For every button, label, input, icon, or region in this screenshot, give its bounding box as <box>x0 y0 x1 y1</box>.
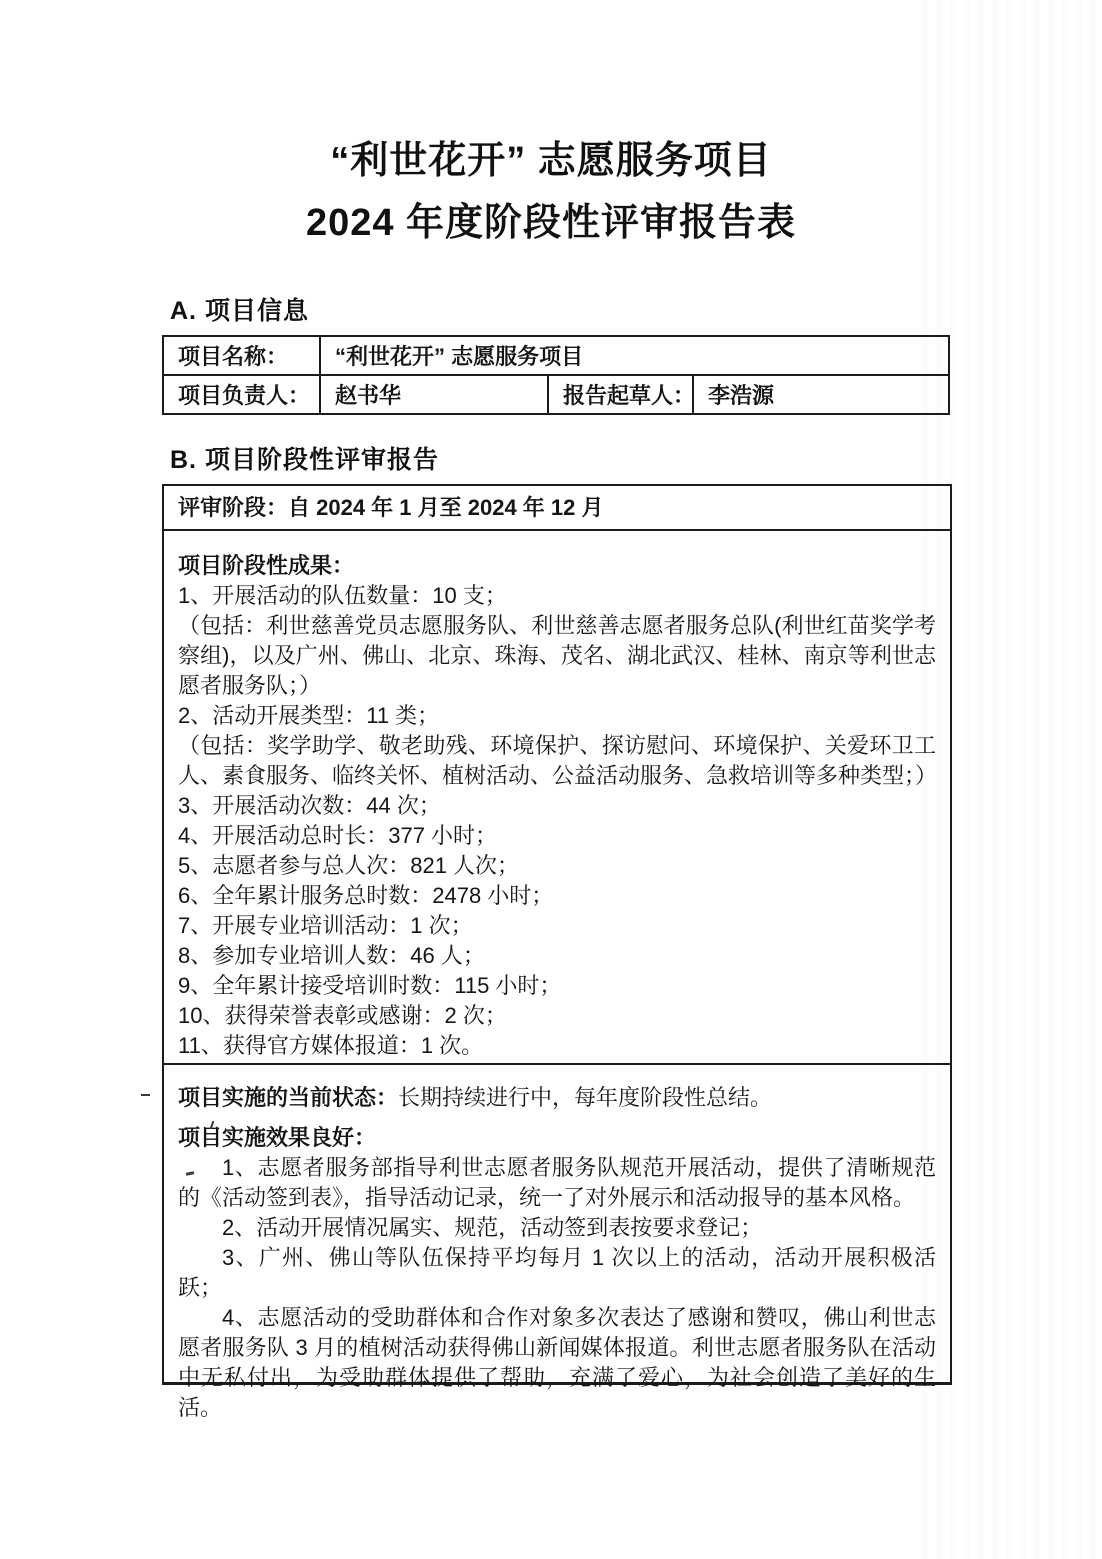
effects-heading: 项目实施效果良好： <box>178 1123 936 1153</box>
results-line: 7、开展专业培训活动：1 次； <box>178 911 936 941</box>
results-line: 1、开展活动的队伍数量：10 支； <box>178 581 936 611</box>
effects-paragraph: 3、广州、佛山等队伍保持平均每月 1 次以上的活动，活动开展积极活跃； <box>178 1243 936 1303</box>
project-leader-value: 赵书华 <box>320 375 548 414</box>
project-status-value: 长期持续进行中，每年度阶段性总结。 <box>398 1085 772 1110</box>
document-title-line2: 2024 年度阶段性评审报告表 <box>0 200 1102 246</box>
project-name-value: “利世花开” 志愿服务项目 <box>320 336 949 375</box>
results-line: 2、活动开展类型：11 类； <box>178 701 936 731</box>
project-info-table: 项目名称： “利世花开” 志愿服务项目 项目负责人： 赵书华 报告起草人： 李浩… <box>162 335 950 415</box>
document-title-line1: “利世花开” 志愿服务项目 <box>0 138 1102 184</box>
scan-artifact-dash <box>141 1094 150 1096</box>
effects-paragraph: 1、志愿者服务部指导利世志愿者服务队规范开展活动，提供了清晰规范的《活动签到表》… <box>178 1153 936 1213</box>
results-line: 3、开展活动次数：44 次； <box>178 791 936 821</box>
results-row: 项目阶段性成果： 1、开展活动的队伍数量：10 支； （包括：利世慈善党员志愿服… <box>164 531 950 1065</box>
effects-paragraph: 2、活动开展情况属实、规范，活动签到表按要求登记； <box>178 1213 936 1243</box>
results-line: （包括：奖学助学、敬老助残、环境保护、探访慰问、环境保护、关爱环卫工人、素食服务… <box>178 731 936 791</box>
review-report-table: 评审阶段：自 2024 年 1 月至 2024 年 12 月 项目阶段性成果： … <box>162 484 952 1385</box>
document-page: “利世花开” 志愿服务项目 2024 年度阶段性评审报告表 A. 项目信息 项目… <box>0 0 1102 1559</box>
project-status-line: 项目实施的当前状态：长期持续进行中，每年度阶段性总结。 <box>178 1083 936 1113</box>
project-status-label: 项目实施的当前状态： <box>178 1085 398 1110</box>
review-period-row: 评审阶段：自 2024 年 1 月至 2024 年 12 月 <box>164 486 950 531</box>
review-period-value: 自 2024 年 1 月至 2024 年 12 月 <box>288 495 604 520</box>
table-row: 项目名称： “利世花开” 志愿服务项目 <box>163 336 949 375</box>
status-effects-row: 项目实施的当前状态：长期持续进行中，每年度阶段性总结。 项目实施效果良好： 1、… <box>164 1065 950 1423</box>
section-a-heading: A. 项目信息 <box>170 291 309 327</box>
results-line: 4、开展活动总时长：377 小时； <box>178 821 936 851</box>
table-row: 项目负责人： 赵书华 报告起草人： 李浩源 <box>163 375 949 414</box>
results-line: 10、获得荣誉表彰或感谢：2 次； <box>178 1001 936 1031</box>
results-line: 8、参加专业培训人数：46 人； <box>178 941 936 971</box>
review-period-label: 评审阶段： <box>178 495 288 520</box>
results-line: 6、全年累计服务总时数：2478 小时； <box>178 881 936 911</box>
project-leader-label: 项目负责人： <box>163 375 320 414</box>
results-line: 11、获得官方媒体报道：1 次。 <box>178 1031 936 1061</box>
results-line: 9、全年累计接受培训时数：115 小时； <box>178 971 936 1001</box>
results-heading: 项目阶段性成果： <box>178 551 936 581</box>
section-b-heading: B. 项目阶段性评审报告 <box>170 440 439 476</box>
effects-paragraph: 4、志愿活动的受助群体和合作对象多次表达了感谢和赞叹，佛山利世志愿者服务队 3 … <box>178 1303 936 1423</box>
report-drafter-label: 报告起草人： <box>548 375 693 414</box>
results-line: 5、志愿者参与总人次：821 人次； <box>178 851 936 881</box>
project-name-label: 项目名称： <box>163 336 320 375</box>
results-line: （包括：利世慈善党员志愿服务队、利世慈善志愿者服务总队(利世红苗奖学考察组)，以… <box>178 611 936 701</box>
report-drafter-value: 李浩源 <box>693 375 949 414</box>
